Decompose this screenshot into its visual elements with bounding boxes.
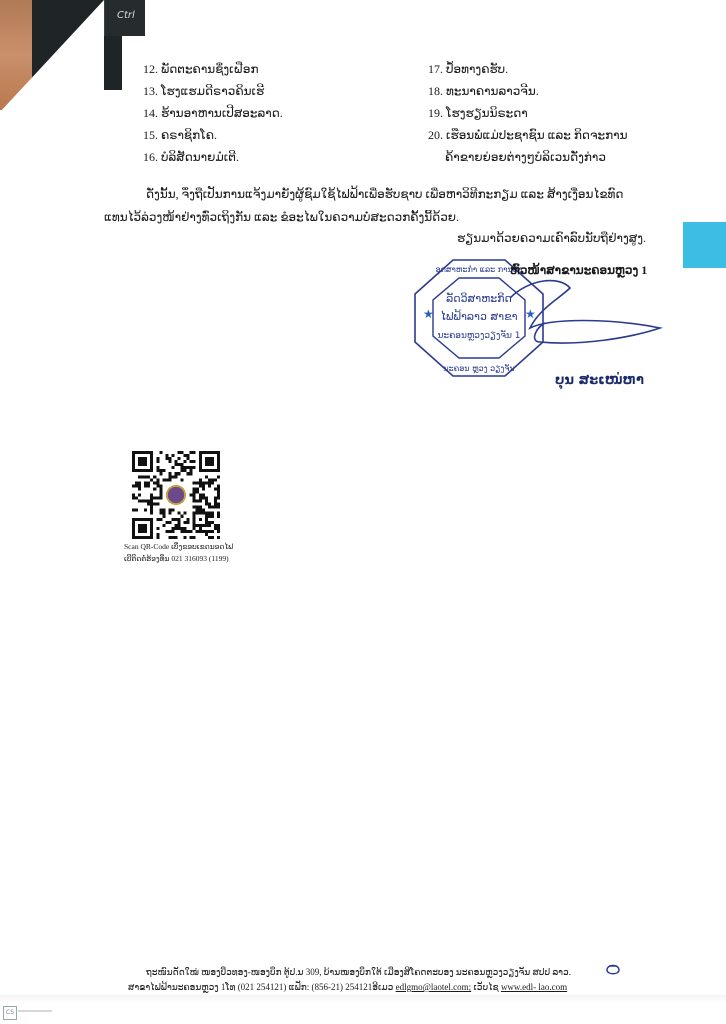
list-item: 13. ໂຮງແຮມດີຣາວຄິນເຮີ [143,80,283,102]
qr-caption: Scan QR-Code ເບິ່ງຂອບເຂດນອດໄຟ ເບີຕິດຕໍ່ຮ… [124,541,233,565]
qr-code[interactable] [131,451,221,539]
letterhead-footer: ຖະໜົນດັດໃໝ່ ໜອງບືວທອງ-ໜອງບຶກ ຕູ້ປ.ນ 309,… [128,965,571,995]
edl-logo-icon [605,962,621,976]
footer-address: ຖະໜົນດັດໃໝ່ ໜອງບືວທອງ-ໜອງບຶກ ຕູ້ປ.ນ 309,… [128,965,571,980]
list-item: 20. ເຮືອນພໍ່ແມ່ປະຊາຊົນ ແລະ ກິດຈະການ [428,124,628,146]
list-item: 19. ໂຮງຮຽນນິຣະດາ [428,102,628,124]
list-item: 15. ຄຣາຊິກໂຄ. [143,124,283,146]
location-list-left: 12. ພັດຕະຄານຊຶ່ງເຝືອກ 13. ໂຮງແຮມດີຣາວຄິນ… [143,58,283,168]
list-item: 17. ປໍ້ອທາງຄຮັບ. [428,58,628,80]
stamp-bottom-text: ນະຄອນ ຫຼວງ ວຽງຈັນ [443,363,514,374]
paragraph-line: ແທນໄວ້ລ່ວງໜ້າຢ່າງທົ່ວເຖິງກັນ ແລະ ຂໍອະໄພໃ… [104,206,658,229]
list-item: 18. ທະນາຄານລາວຈີນ. [428,80,628,102]
keyboard-key: Ctrl [104,0,145,36]
list-item: 14. ຮ້ານອາຫານເປີສອະລາດ. [143,102,283,124]
footer-website-link[interactable]: www.edl- lao.com [501,982,567,992]
key-label: Ctrl [117,10,135,21]
qr-caption-line: Scan QR-Code ເບິ່ງຂອບເຂດນອດໄຟ [124,541,233,553]
sticky-note-tab [683,222,726,268]
page-corner [0,0,104,112]
handwritten-signature [500,268,670,348]
page-edge [0,995,726,1003]
qr-caption-line: ເບີຕິດຕໍ່ຮ້ອງທຶນ 021 316093 (1199) [124,553,233,565]
star-icon: ★ [423,307,434,321]
location-list-right: 17. ປໍ້ອທາງຄຮັບ. 18. ທະນາຄານລາວຈີນ. 19. … [428,58,628,168]
footer-email-link[interactable]: edlgmo@laotel.com; [396,982,472,992]
footer-website-label: ເວັບໄຊ [473,982,498,992]
footer-phone-fax: ສາຂາໄຟຟ້ານະຄອນຫຼວງ 1ໂທ (021 254121) ແຟັກ… [128,982,393,992]
scanner-watermark [18,1010,52,1012]
signatory-name: ບຸນ ສະເໜ່ຫາ [555,373,644,388]
qr-center-logo [167,486,185,504]
list-item: 16. ບໍລິສັດນາຍມໍເຕີ. [143,146,283,168]
closing-salutation: ຮຽນມາດ້ວຍຄວາມເຄົາລົບນັບຖືຢ່າງສູງ. [457,231,646,246]
list-item: 12. ພັດຕະຄານຊຶ່ງເຝືອກ [143,58,283,80]
camscanner-icon: CS [3,1006,17,1020]
list-item-continuation: ຄ້າຂາຍຍ່ອຍຕ່າງໆບໍລິເວນດັ່ງກ່າວ [428,146,628,168]
notice-paragraph: ດັ່ງນັ້ນ, ຈຶ່ງຖືເປັນການແຈ້ງມາຍັງຜູ້ຊົມໃຊ… [128,183,658,229]
footer-contact: ສາຂາໄຟຟ້ານະຄອນຫຼວງ 1ໂທ (021 254121) ແຟັກ… [128,980,571,995]
paragraph-line: ດັ່ງນັ້ນ, ຈຶ່ງຖືເປັນການແຈ້ງມາຍັງຜູ້ຊົມໃຊ… [128,183,658,206]
